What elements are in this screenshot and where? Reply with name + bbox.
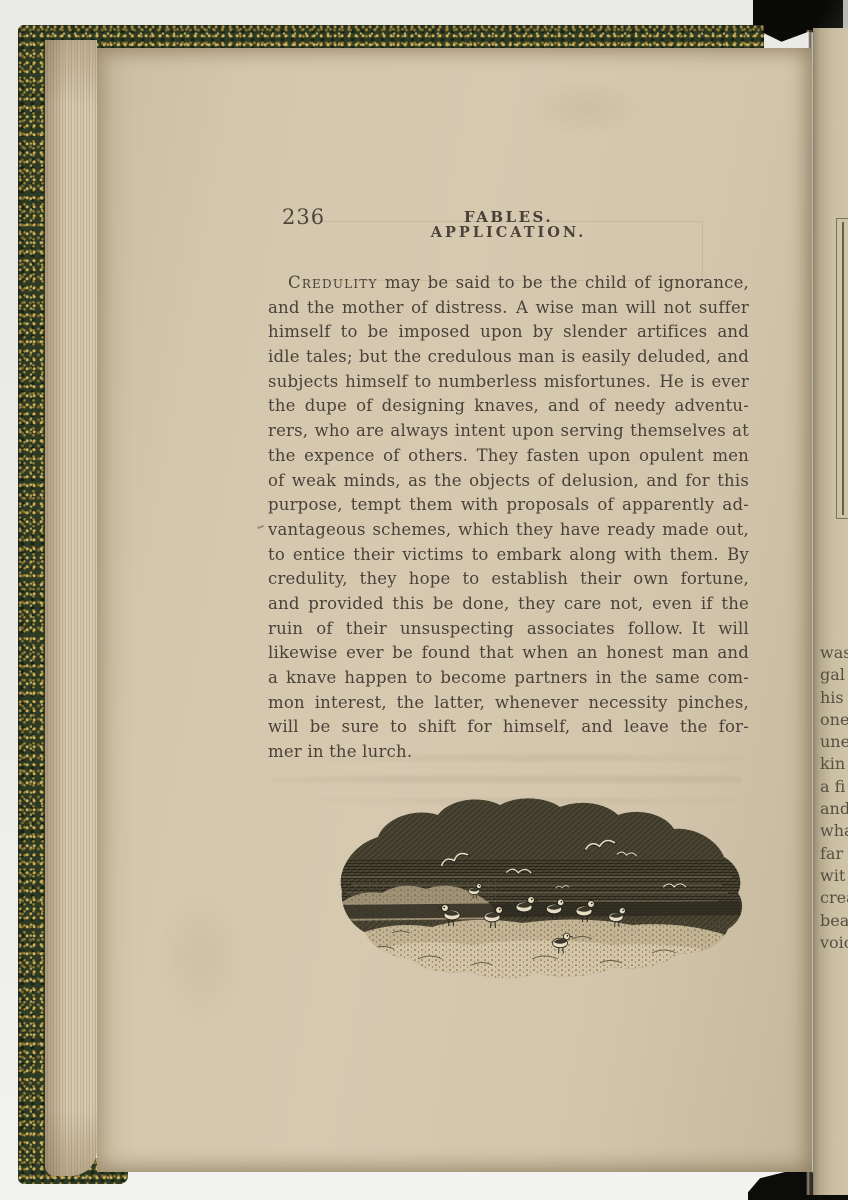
book-scan: wasgalhisoneunekina fiandwhafarwitcreabe…: [0, 0, 848, 1200]
facing-plate-border-top-tick: [836, 218, 848, 219]
facing-page-fragment-line: kin: [820, 753, 848, 775]
facing-page-fragment-line: far: [820, 843, 848, 865]
facing-plate-border-bottom-tick: [836, 518, 848, 519]
book-page: 236 FABLES. APPLICATION. Credulity may b…: [97, 48, 812, 1172]
page-stack-fore-edge: [45, 40, 97, 1176]
facing-plate-border-fragment-inner: [842, 222, 844, 515]
body-line: rers, who are always intent upon serving…: [268, 419, 749, 444]
body-line: Credulity may be said to be the child of…: [268, 271, 749, 296]
facing-page-sliver: [813, 28, 848, 1195]
body-line: the expence of others. They fasten upon …: [268, 444, 749, 469]
facing-page-fragment-line: gal: [820, 664, 848, 686]
facing-page-fragment-line: his: [820, 687, 848, 709]
engraving-illustration: [322, 793, 748, 979]
body-line: himself to be imposed upon by slender ar…: [268, 320, 749, 345]
body-line: and the mother of distress. A wise man w…: [268, 296, 749, 321]
body-line: ruin of their unsuspecting associates fo…: [268, 617, 749, 642]
book-cover-top-edge: [18, 25, 764, 48]
facing-page-text-fragments: wasgalhisoneunekina fiandwhafarwitcreabe…: [820, 642, 848, 960]
body-line: subjects himself to numberless misfortun…: [268, 370, 749, 395]
body-line: mon interest, the latter, whenever neces…: [268, 691, 749, 716]
paper-stain: [527, 78, 647, 138]
facing-page-fragment-line: bea: [820, 910, 848, 932]
paper-stain: [157, 888, 247, 1028]
body-text: Credulity may be said to be the child of…: [268, 271, 749, 765]
section-heading: APPLICATION.: [268, 224, 749, 241]
body-line: and provided this be done, they care not…: [268, 592, 749, 617]
body-line: vantageous schemes, which they have read…: [268, 518, 749, 543]
facing-page-fragment-line: une: [820, 731, 848, 753]
facing-page-fragment-line: wit: [820, 865, 848, 887]
body-line: credulity, they hope to establish their …: [268, 567, 749, 592]
book-cover-left-edge: [18, 25, 45, 1182]
body-line: a knave happen to become partners in the…: [268, 666, 749, 691]
facing-page-fragment-line: voic: [820, 932, 848, 954]
body-line: will be sure to shift for himself, and l…: [268, 715, 749, 740]
margin-pencil-mark: [257, 525, 264, 529]
smallcaps-lead-word: Credulity: [288, 273, 378, 292]
body-line: the dupe of designing knaves, and of nee…: [268, 394, 749, 419]
body-line: idle tales; but the credulous man is eas…: [268, 345, 749, 370]
facing-page-fragment-line: was: [820, 642, 848, 664]
facing-page-fragment-line: a fi: [820, 776, 848, 798]
facing-page-fragment-line: crea: [820, 887, 848, 909]
facing-page-fragment-line: wha: [820, 820, 848, 842]
facing-page-fragment-line: and: [820, 798, 848, 820]
body-line: to entice their victims to embark along …: [268, 543, 749, 568]
body-line: purpose, tempt them with proposals of ap…: [268, 493, 749, 518]
body-line: of weak minds, as the objects of delusio…: [268, 469, 749, 494]
body-line: likewise ever be found that when an hone…: [268, 641, 749, 666]
facing-page-fragment-line: one: [820, 709, 848, 731]
facing-plate-border-fragment: [836, 218, 837, 519]
